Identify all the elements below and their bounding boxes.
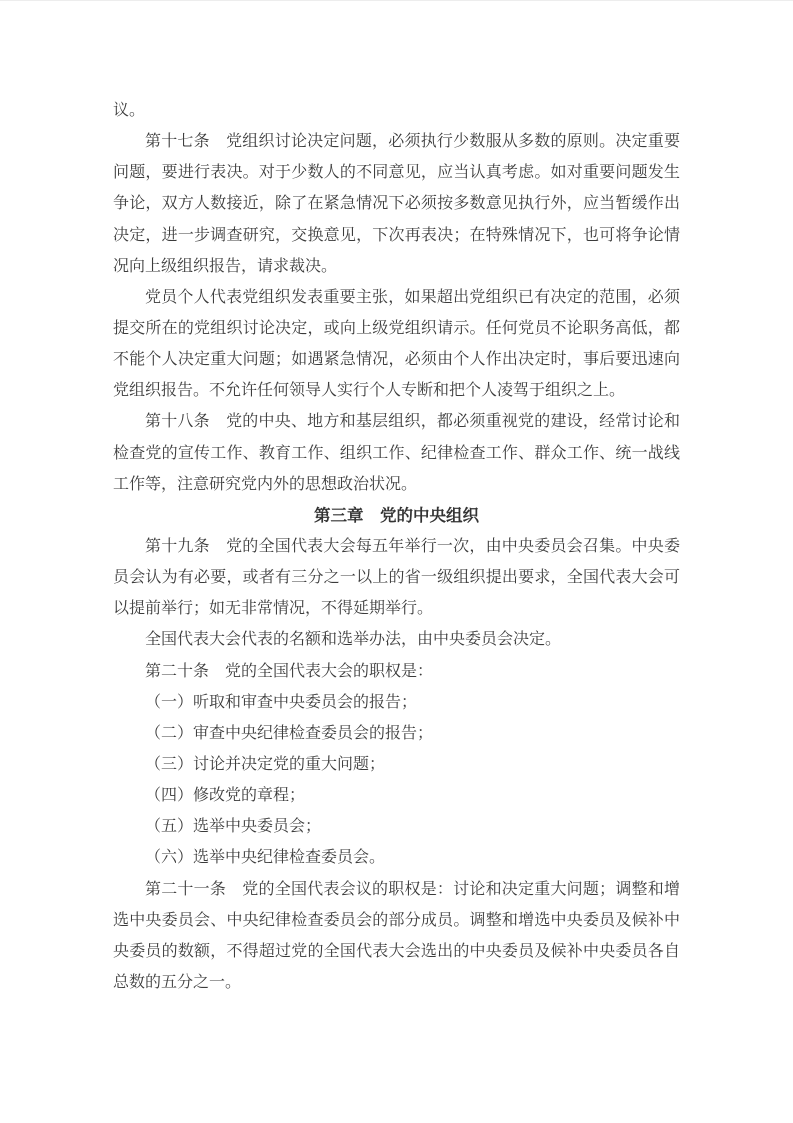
text-line: 问题，要进行表决。对于少数人的不同意见，应当认真考虑。如对重要问题发生 (113, 157, 680, 188)
text-line: （四）修改党的章程； (113, 780, 680, 811)
text-line: 央委员的数额，不得超过党的全国代表大会选出的中央委员及候补中央委员各自 (113, 936, 680, 967)
text-line: 检查党的宣传工作、教育工作、组织工作、纪律检查工作、群众工作、统一战线 (113, 438, 680, 469)
text-line: 党组织报告。不允许任何领导人实行个人专断和把个人凌驾于组织之上。 (113, 375, 680, 406)
text-line: 选中央委员会、中央纪律检查委员会的部分成员。调整和增选中央委员及候补中 (113, 905, 680, 936)
text-line: 第十七条 党组织讨论决定问题，必须执行少数服从多数的原则。决定重要 (113, 126, 680, 157)
text-line: 工作等，注意研究党内外的思想政治状况。 (113, 469, 680, 500)
text-line: 决定，进一步调查研究，交换意见，下次再表决；在特殊情况下，也可将争论情 (113, 220, 680, 251)
text-line: 提交所在的党组织讨论决定，或向上级党组织请示。任何党员不论职务高低，都 (113, 313, 680, 344)
text-line: 争论，双方人数接近，除了在紧急情况下必须按多数意见执行外，应当暂缓作出 (113, 188, 680, 219)
text-line: （五）选举中央委员会； (113, 811, 680, 842)
text-line: 全国代表大会代表的名额和选举办法，由中央委员会决定。 (113, 624, 680, 655)
text-line: 第十八条 党的中央、地方和基层组织，都必须重视党的建设，经常讨论和 (113, 406, 680, 437)
chapter-heading: 第三章 党的中央组织 (113, 500, 680, 531)
text-line: （一）听取和审查中央委员会的报告； (113, 687, 680, 718)
text-line: （二）审查中央纪律检查委员会的报告； (113, 718, 680, 749)
text-line: 议。 (113, 95, 680, 126)
text-line: 第十九条 党的全国代表大会每五年举行一次，由中央委员会召集。中央委 (113, 531, 680, 562)
text-line: （六）选举中央纪律检查委员会。 (113, 842, 680, 873)
text-line: 不能个人决定重大问题；如遇紧急情况，必须由个人作出决定时，事后要迅速向 (113, 344, 680, 375)
document-text-block: 议。第十七条 党组织讨论决定问题，必须执行少数服从多数的原则。决定重要问题，要进… (113, 95, 680, 998)
text-line: 以提前举行；如无非常情况，不得延期举行。 (113, 593, 680, 624)
text-line: 党员个人代表党组织发表重要主张，如果超出党组织已有决定的范围，必须 (113, 282, 680, 313)
text-line: 员会认为有必要，或者有三分之一以上的省一级组织提出要求，全国代表大会可 (113, 562, 680, 593)
text-line: 第二十一条 党的全国代表会议的职权是：讨论和决定重大问题；调整和增 (113, 874, 680, 905)
text-line: （三）讨论并决定党的重大问题； (113, 749, 680, 780)
text-line: 总数的五分之一。 (113, 967, 680, 998)
text-line: 况向上级组织报告，请求裁决。 (113, 251, 680, 282)
document-page: 议。第十七条 党组织讨论决定问题，必须执行少数服从多数的原则。决定重要问题，要进… (0, 0, 793, 1123)
text-line: 第二十条 党的全国代表大会的职权是： (113, 656, 680, 687)
